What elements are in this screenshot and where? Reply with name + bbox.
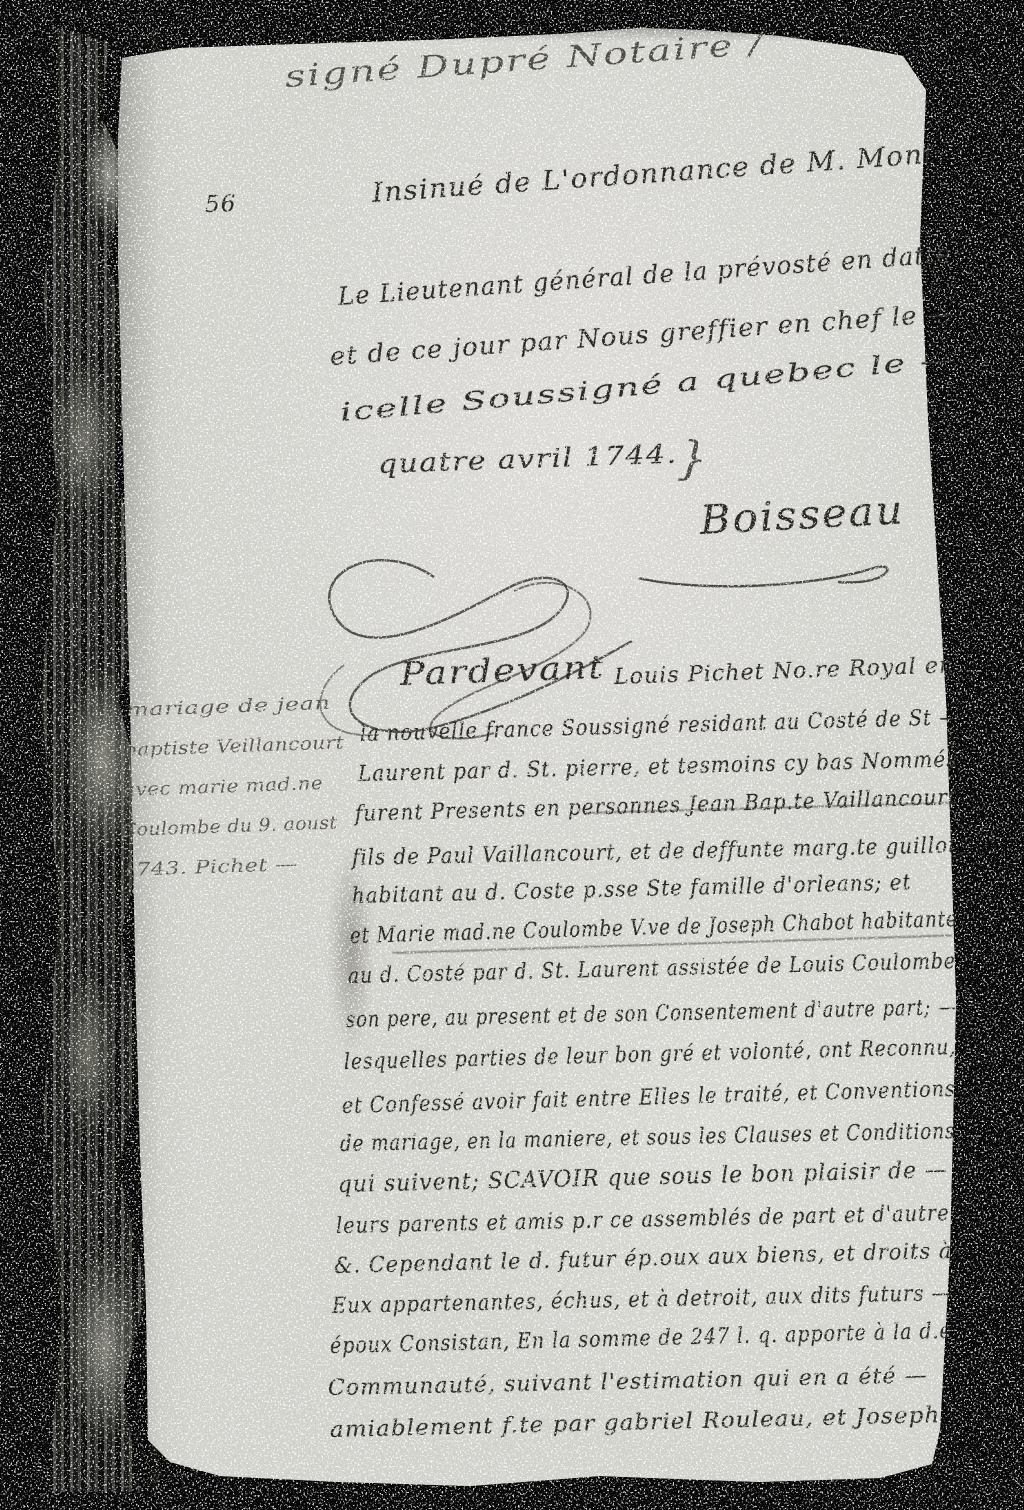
page-number: 56 [205, 191, 237, 218]
microfilm-scan: { "document": { "kind": "handwritten not… [0, 0, 1024, 1510]
closing-brace-flourish: } [676, 430, 711, 486]
act-opening-word: Pardevant [399, 648, 605, 693]
